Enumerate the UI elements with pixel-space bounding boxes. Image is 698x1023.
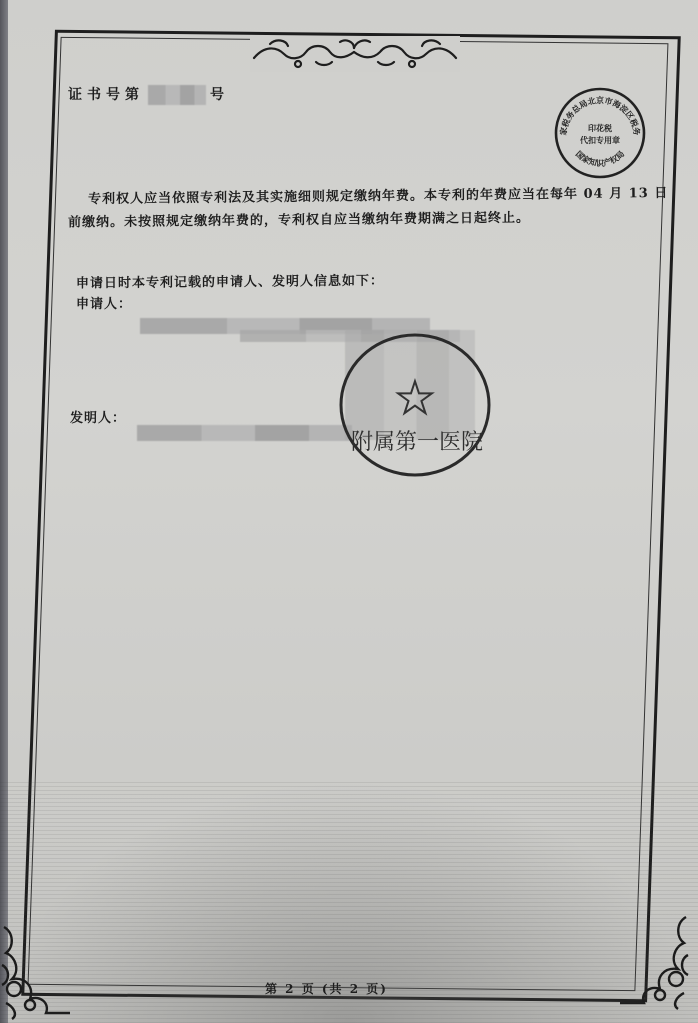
star-icon: ★ bbox=[395, 373, 434, 424]
bottom-right-ornament bbox=[620, 915, 690, 1010]
certificate-number: 证书号第号 bbox=[68, 84, 229, 105]
top-ornament bbox=[250, 36, 460, 72]
applicant-label: 申请人： bbox=[76, 293, 132, 312]
tax-stamp-center-line2: 代扣专用章 bbox=[580, 135, 620, 145]
applicant-inventor-intro: 申请日时本专利记载的申请人、发明人信息如下： bbox=[76, 270, 384, 292]
inventor-label: 发明人： bbox=[70, 407, 126, 426]
tax-stamp: 国家税务总局北京市海淀区税务局 印花税 代扣专用章 国家知识产权局 bbox=[552, 85, 648, 181]
redacted-certificate-number bbox=[148, 85, 206, 105]
certificate-number-suffix: 号 bbox=[210, 87, 229, 103]
hospital-stamp-text: 附属第一医院 bbox=[351, 430, 483, 455]
certificate-number-prefix: 证书号第 bbox=[68, 87, 144, 103]
page-number: 第 2 页 (共 2 页) bbox=[265, 980, 388, 997]
svg-text:国家知识产权局: 国家知识产权局 bbox=[574, 149, 626, 168]
redacted-inventor-names bbox=[137, 425, 352, 441]
bottom-left-ornament bbox=[0, 925, 70, 1020]
tax-stamp-center-line1: 印花税 bbox=[588, 123, 612, 133]
hospital-stamp: ★ 附属第一医院 bbox=[335, 325, 495, 485]
